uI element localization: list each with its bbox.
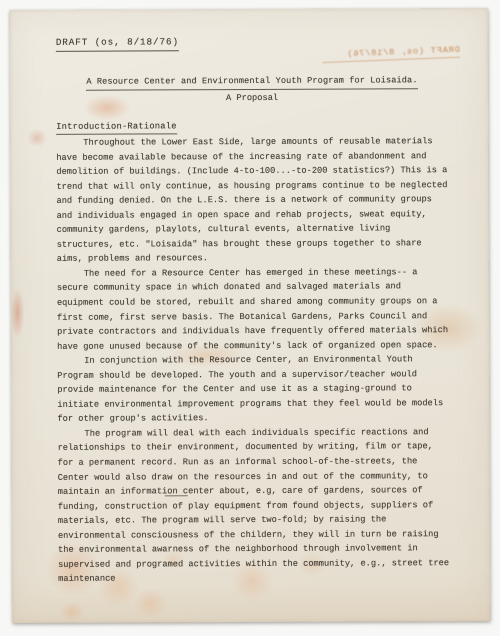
document-subtitle: A Proposal — [56, 92, 448, 104]
ghost-draft-transfer: DRAFT (os, 8/18/76) — [322, 45, 460, 63]
document-body: Throughout the Lower East Side, large am… — [56, 134, 451, 587]
paragraph-1: Throughout the Lower East Side, large am… — [56, 134, 450, 267]
paper-sheet: DRAFT (os, 8/18/76) DRAFT (os, 8/18/76) … — [10, 8, 491, 623]
draft-label: DRAFT (os, 8/18/76) — [56, 36, 179, 51]
title-row: A Resource Center and Environmental Yout… — [56, 69, 448, 90]
stain-left-edge — [11, 289, 24, 337]
photo-background: DRAFT (os, 8/18/76) DRAFT (os, 8/18/76) … — [0, 0, 500, 636]
document-title: A Resource Center and Environmental Yout… — [86, 75, 417, 90]
paragraph-4: The program will deal with each individu… — [57, 425, 451, 587]
paragraph-3: In conjunction with the Resource Center,… — [57, 352, 450, 426]
paragraph-2: The need for a Resource Center has emerg… — [57, 265, 450, 354]
stain-left-small — [27, 129, 47, 147]
stain-bottom-3 — [133, 588, 167, 618]
stain-bottom-4 — [59, 601, 85, 623]
section-heading: Introduction-Rationale — [56, 121, 177, 135]
